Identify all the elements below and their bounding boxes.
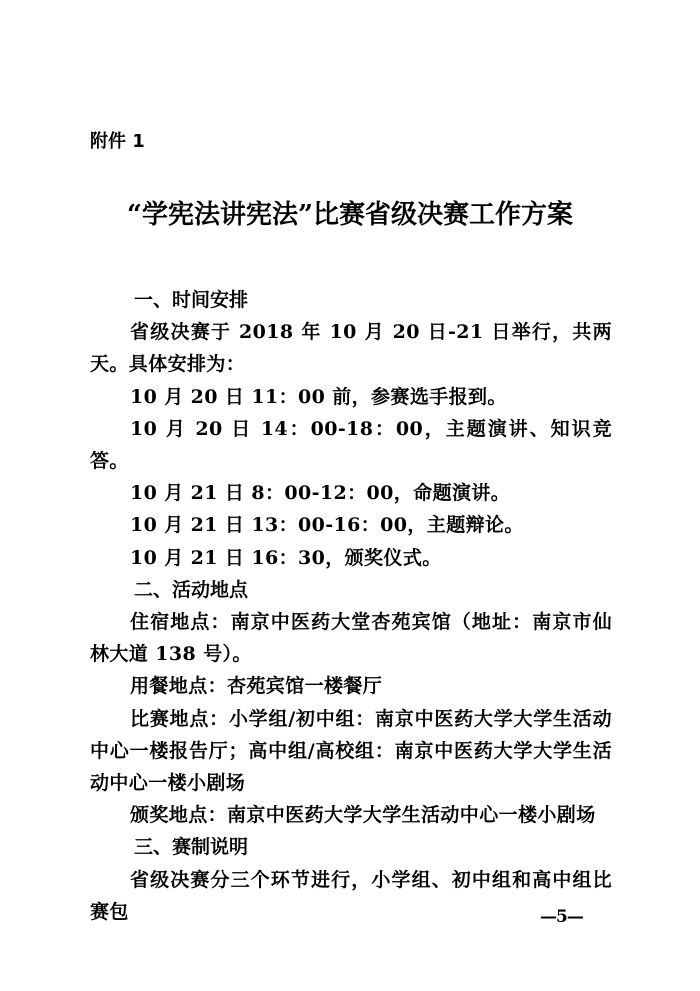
schedule-item: 10 月 21 日 16：30，颁奖仪式。 — [90, 542, 612, 574]
section-heading-rules: 三、赛制说明 — [90, 831, 612, 863]
paragraph: 省级决赛分三个环节进行，小学组、初中组和高中组比赛包 — [90, 864, 612, 928]
venue-award: 颁奖地点：南京中医药大学大学生活动中心一楼小剧场 — [90, 799, 612, 831]
section-heading-schedule: 一、时间安排 — [90, 284, 612, 316]
attachment-label: 附件 1 — [90, 130, 145, 154]
page-number: —5— — [540, 906, 583, 928]
venue-dining: 用餐地点：杏苑宾馆一楼餐厅 — [90, 670, 612, 702]
venue-competition: 比赛地点：小学组/初中组：南京中医药大学大学生活动中心一楼报告厅；高中组/高校组… — [90, 703, 612, 800]
schedule-item: 10 月 21 日 8：00-12：00，命题演讲。 — [90, 477, 612, 509]
document-page: 附件 1 “学宪法讲宪法”比赛省级决赛工作方案 一、时间安排 省级决赛于 201… — [0, 0, 700, 991]
document-title: “学宪法讲宪法”比赛省级决赛工作方案 — [90, 198, 610, 232]
schedule-item: 10 月 20 日 11：00 前，参赛选手报到。 — [90, 381, 612, 413]
document-body: 一、时间安排 省级决赛于 2018 年 10 月 20 日-21 日举行，共两天… — [90, 284, 612, 928]
venue-lodging: 住宿地点：南京中医药大堂杏苑宾馆（地址：南京市仙林大道 138 号）。 — [90, 606, 612, 670]
section-heading-venues: 二、活动地点 — [90, 574, 612, 606]
schedule-item: 10 月 20 日 14：00-18：00，主题演讲、知识竞答。 — [90, 413, 612, 477]
paragraph: 省级决赛于 2018 年 10 月 20 日-21 日举行，共两天。具体安排为： — [90, 316, 612, 380]
schedule-item: 10 月 21 日 13：00-16：00，主题辩论。 — [90, 509, 612, 541]
